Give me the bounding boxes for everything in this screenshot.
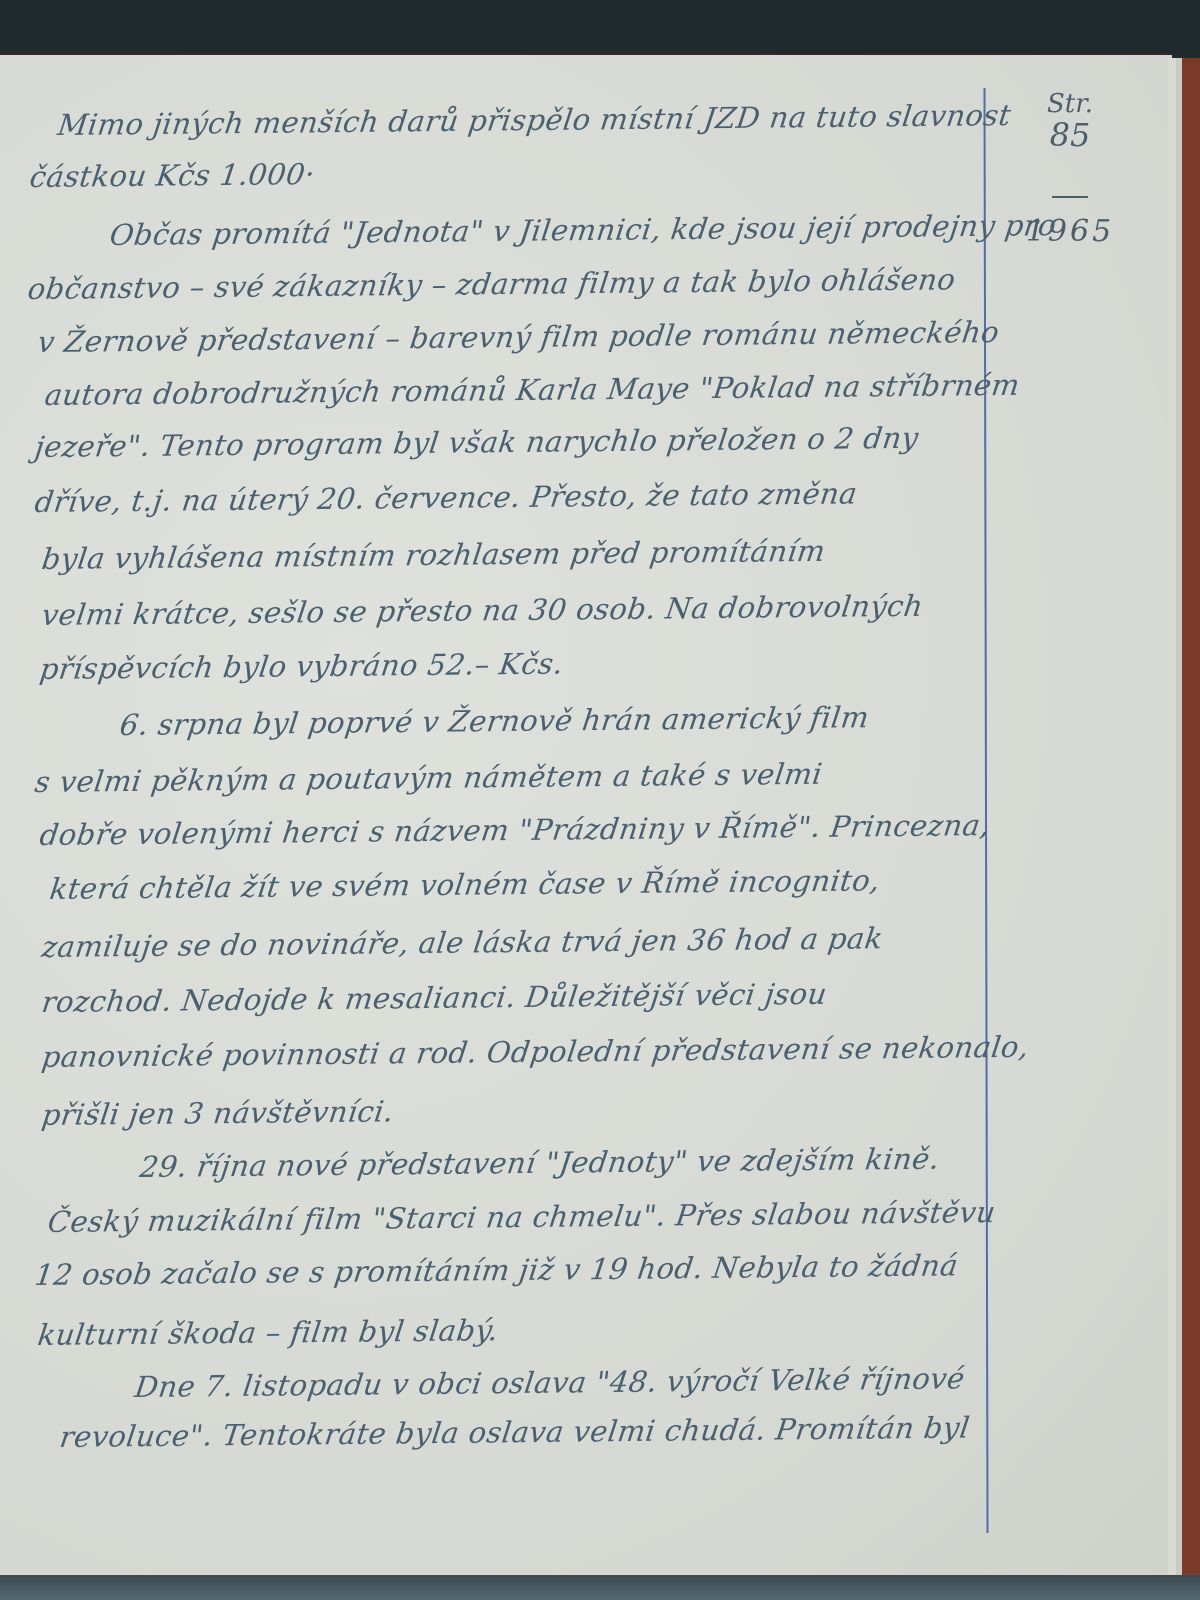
text-line: Občas promítá "Jednota" v Jilemnici, kde… [108,208,1059,252]
text-line: částkou Kčs 1.000· [28,157,317,194]
book-page-edges [1168,58,1200,1578]
text-line: dobře volenými herci s názvem "Prázdniny… [38,808,992,852]
text-line: byla vyhlášena místním rozhlasem před pr… [40,534,828,576]
text-line: 6. srpna byl poprvé v Žernově hrán ameri… [118,700,871,742]
text-line: v Žernově představení – barevný film pod… [36,315,1002,359]
text-line: Dne 7. listopadu v obci oslava "48. výro… [133,1361,967,1404]
text-line: Mimo jiných menších darů přispělo místní… [56,98,1013,142]
text-line: přišli jen 3 návštěvníci. [40,1094,396,1132]
text-line: příspěvcích bylo vybráno 52.– Kčs. [38,647,566,686]
text-line: s velmi pěkným a poutavým námětem a také… [33,757,825,799]
text-line: zamiluje se do novináře, ale láska trvá … [40,921,885,964]
text-line: autora dobrodružných románů Karla Maye "… [43,368,1022,412]
text-line: která chtěla žít ve svém volném čase v Ř… [48,863,882,906]
text-line: Český muzikální film "Starci na chmelu".… [46,1195,998,1239]
text-line: kulturní škoda – film byl slabý. [36,1313,501,1352]
handwritten-text: Mimo jiných menších darů přispělo místní… [0,0,1000,1600]
text-line: občanstvo – své zákazníky – zdarma filmy… [26,262,958,306]
text-line: revoluce". Tentokráte byla oslava velmi … [58,1410,972,1454]
text-line: panovnické povinnosti a rod. Odpolední p… [40,1030,1031,1074]
margin-dash [1052,196,1088,198]
text-line: rozchod. Nedojde k mesalianci. Důležitěj… [40,977,829,1019]
page-number: 85 [1010,118,1130,152]
text-line: 12 osob začalo se s promítáním již v 19 … [33,1248,960,1292]
text-line: velmi krátce, sešlo se přesto na 30 osob… [40,589,925,632]
page-label: Str. [1010,90,1130,118]
text-line: jezeře". Tento program byl však narychlo… [33,421,921,464]
text-line: dříve, t.j. na úterý 20. července. Přest… [33,476,860,519]
text-line: 29. října nové představení "Jednoty" ve … [138,1142,942,1184]
